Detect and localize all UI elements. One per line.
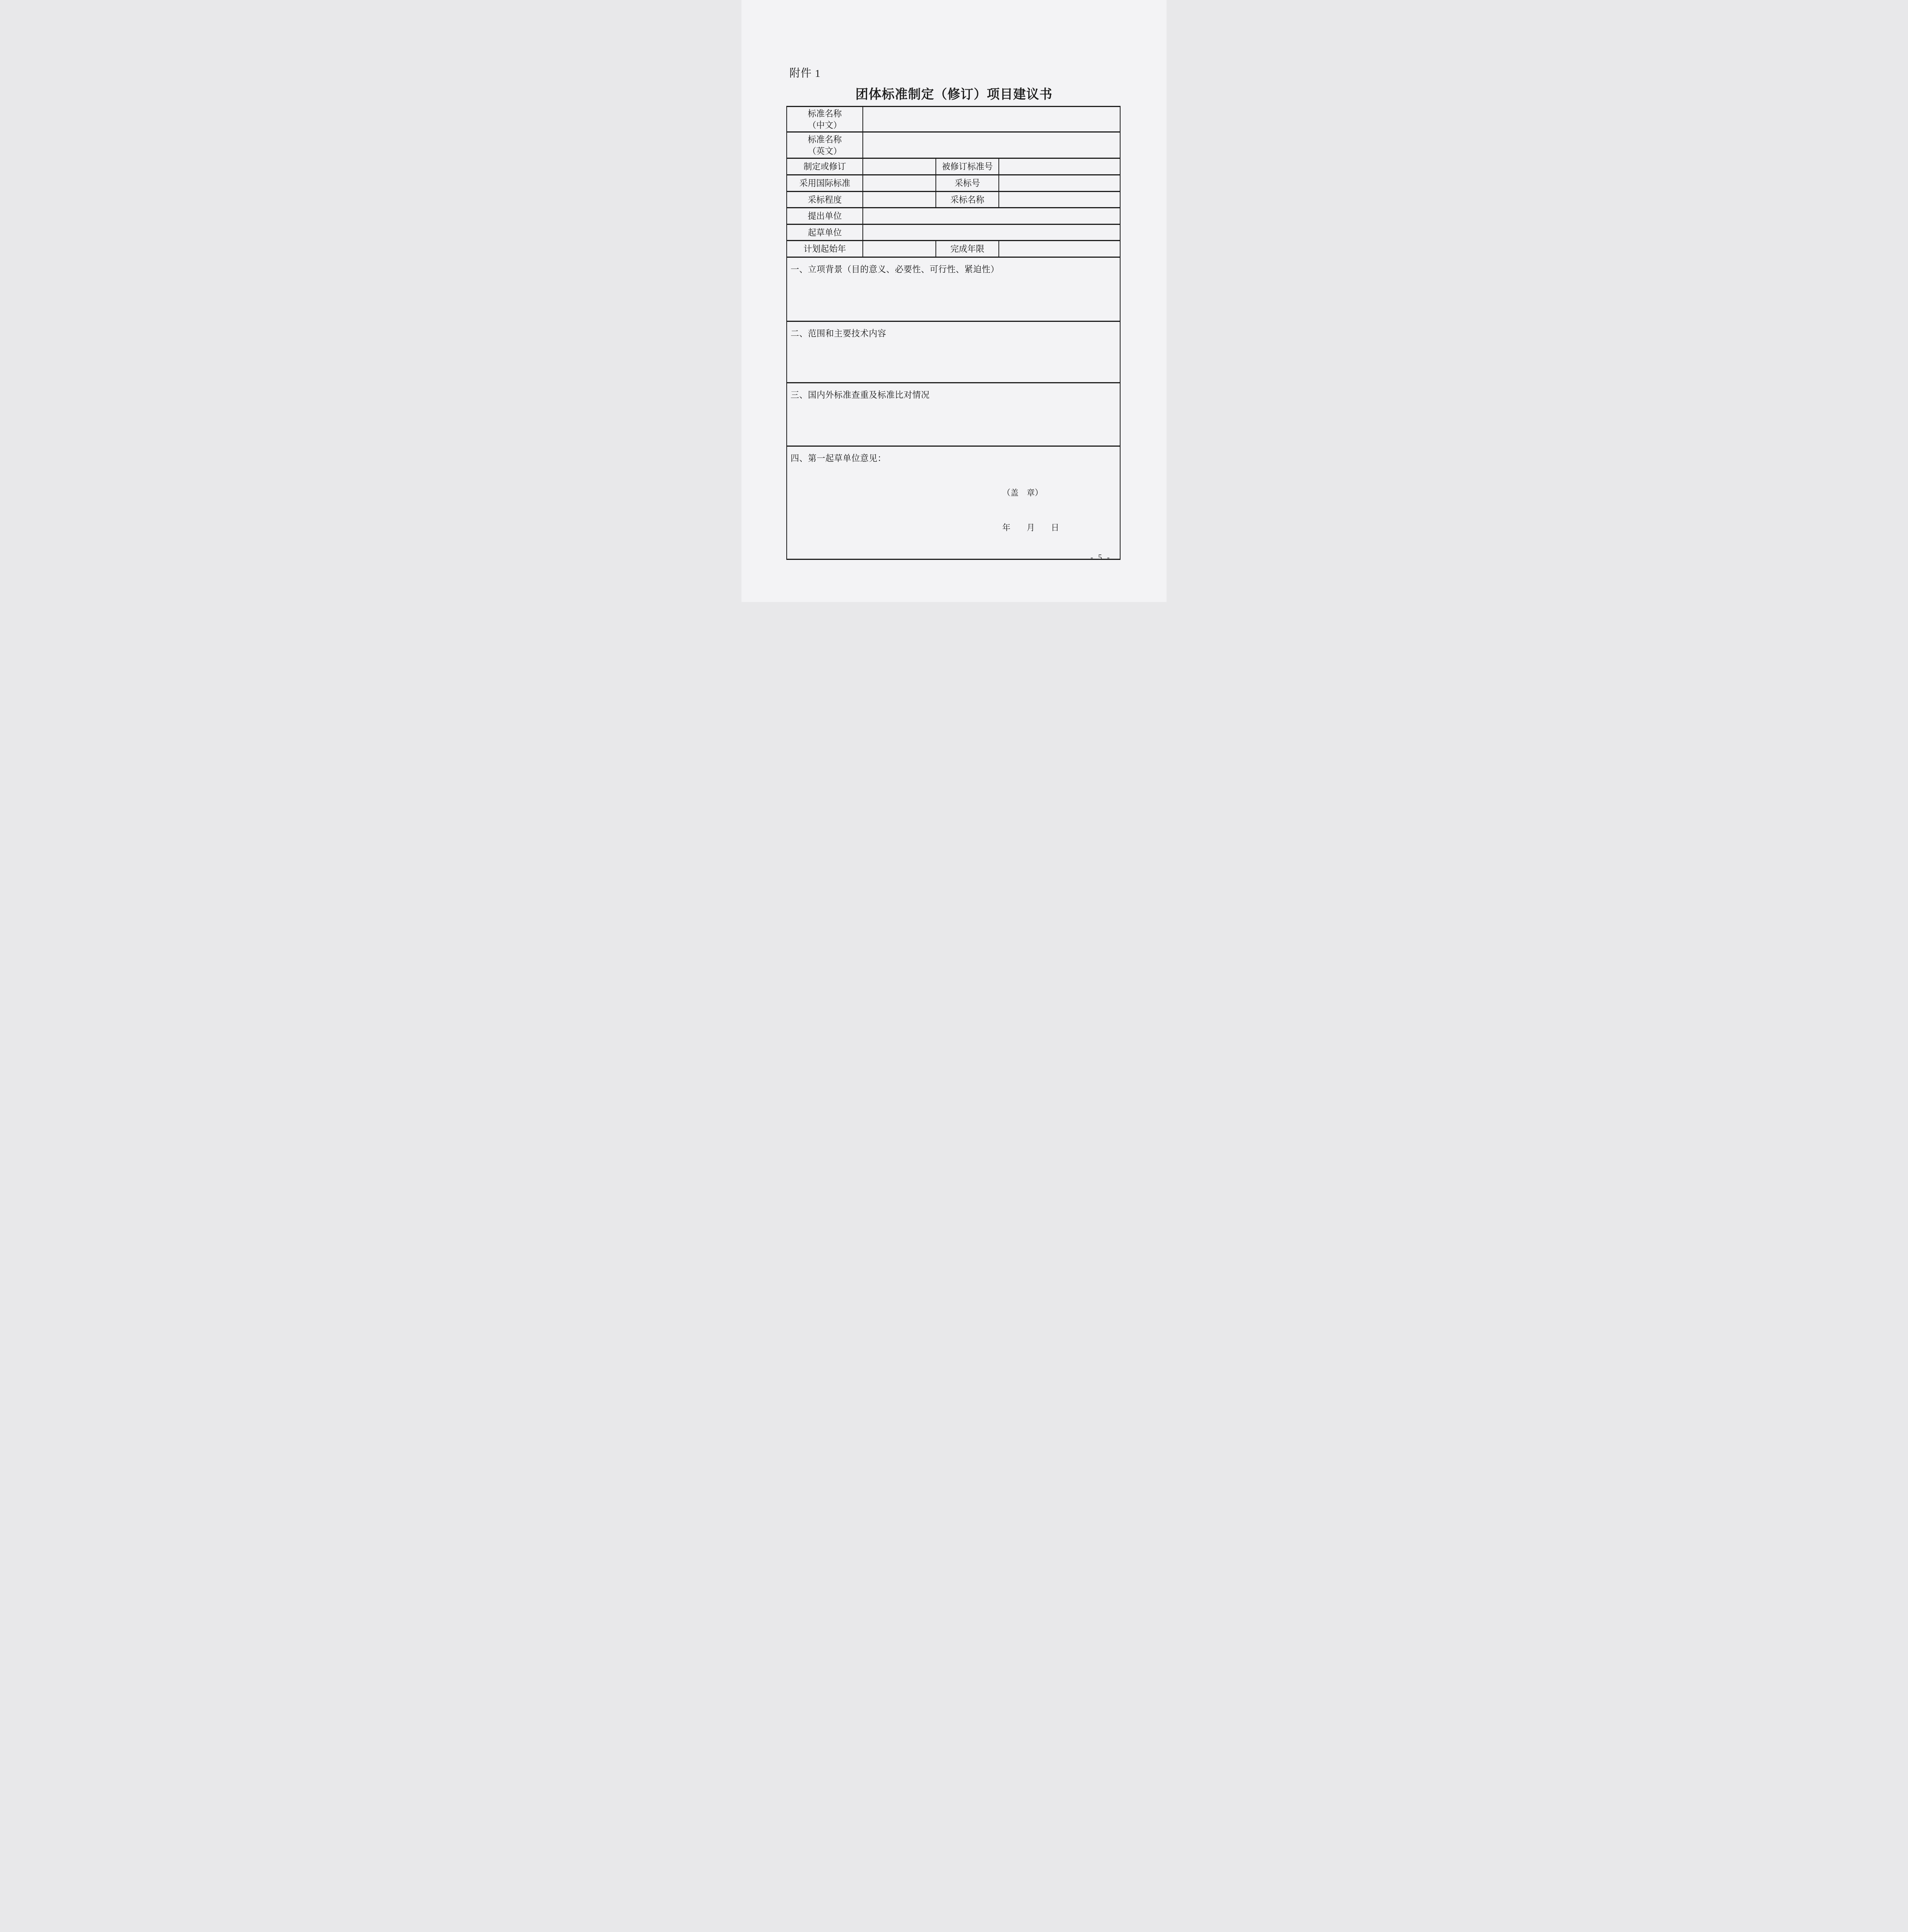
page-number: - 5 -: [1077, 553, 1125, 562]
standard-name-cn-label: 标准名称 （中文）: [787, 107, 863, 132]
completion-period-value: [999, 241, 1120, 257]
proposing-unit-value: [863, 208, 1120, 224]
document-title: 团体标准制定（修订）项目建议书: [741, 84, 1167, 102]
row-section-scope: 二、范围和主要技术内容: [787, 321, 1120, 383]
adopt-intl-standard-value: [863, 175, 936, 192]
adoption-name-label: 采标名称: [936, 192, 999, 208]
stamp-seal-line: （盖 章）: [1002, 487, 1059, 498]
document-page: 附件 1 团体标准制定（修订）项目建议书 标准名称 （中文） 标准名称 （英文）: [741, 0, 1167, 602]
section-background-heading: 一、立项背景（目的意义、必要性、可行性、紧迫性）: [791, 263, 1116, 275]
standard-name-en-label-line1: 标准名称: [787, 134, 862, 145]
section-first-drafter-opinion-cell: 四、第一起草单位意见： （盖 章） 年 月 日: [787, 446, 1120, 560]
completion-period-label: 完成年限: [936, 241, 999, 257]
drafting-unit-value: [863, 224, 1120, 241]
section-first-drafter-opinion-heading: 四、第一起草单位意见：: [791, 452, 1116, 464]
adopt-intl-standard-label: 采用国际标准: [787, 175, 863, 192]
standard-name-en-label: 标准名称 （英文）: [787, 132, 863, 158]
adoption-degree-label: 采标程度: [787, 192, 863, 208]
row-standard-name-en: 标准名称 （英文）: [787, 132, 1120, 158]
section-scope-heading: 二、范围和主要技术内容: [791, 327, 1116, 339]
stamp-block: （盖 章） 年 月 日: [1002, 464, 1059, 556]
row-planned-start-year: 计划起始年 完成年限: [787, 241, 1120, 257]
row-drafting-unit: 起草单位: [787, 224, 1120, 241]
adoption-no-label: 采标号: [936, 175, 999, 192]
section-scope-cell: 二、范围和主要技术内容: [787, 321, 1120, 383]
row-adopt-intl-standard: 采用国际标准 采标号: [787, 175, 1120, 192]
planned-start-year-label: 计划起始年: [787, 241, 863, 257]
planned-start-year-value: [863, 241, 936, 257]
section-duplication-check-cell: 三、国内外标准查重及标准比对情况: [787, 383, 1120, 446]
standard-name-cn-value: [863, 107, 1120, 132]
adoption-no-value: [999, 175, 1120, 192]
standard-name-cn-label-line2: （中文）: [787, 119, 862, 131]
proposing-unit-label: 提出单位: [787, 208, 863, 224]
row-proposing-unit: 提出单位: [787, 208, 1120, 224]
revised-standard-no-label: 被修订标准号: [936, 158, 999, 175]
row-adoption-degree: 采标程度 采标名称: [787, 192, 1120, 208]
proposal-form-table: 标准名称 （中文） 标准名称 （英文） 制定或修订 被修订标准号 采用国际标: [786, 106, 1121, 560]
standard-name-en-label-line2: （英文）: [787, 145, 862, 157]
standard-name-en-value: [863, 132, 1120, 158]
section-background-cell: 一、立项背景（目的意义、必要性、可行性、紧迫性）: [787, 257, 1120, 321]
row-section-duplication-check: 三、国内外标准查重及标准比对情况: [787, 383, 1120, 446]
row-section-first-drafter-opinion: 四、第一起草单位意见： （盖 章） 年 月 日: [787, 446, 1120, 560]
standard-name-cn-label-line1: 标准名称: [787, 108, 862, 119]
adoption-degree-value: [863, 192, 936, 208]
develop-or-revise-value: [863, 158, 936, 175]
row-develop-or-revise: 制定或修订 被修订标准号: [787, 158, 1120, 175]
section-duplication-check-heading: 三、国内外标准查重及标准比对情况: [791, 388, 1116, 400]
develop-or-revise-label: 制定或修订: [787, 158, 863, 175]
row-standard-name-cn: 标准名称 （中文）: [787, 107, 1120, 132]
adoption-name-value: [999, 192, 1120, 208]
drafting-unit-label: 起草单位: [787, 224, 863, 241]
attachment-label: 附件 1: [789, 65, 821, 80]
revised-standard-no-value: [999, 158, 1120, 175]
stamp-date-line: 年 月 日: [1002, 522, 1059, 533]
row-section-background: 一、立项背景（目的意义、必要性、可行性、紧迫性）: [787, 257, 1120, 321]
